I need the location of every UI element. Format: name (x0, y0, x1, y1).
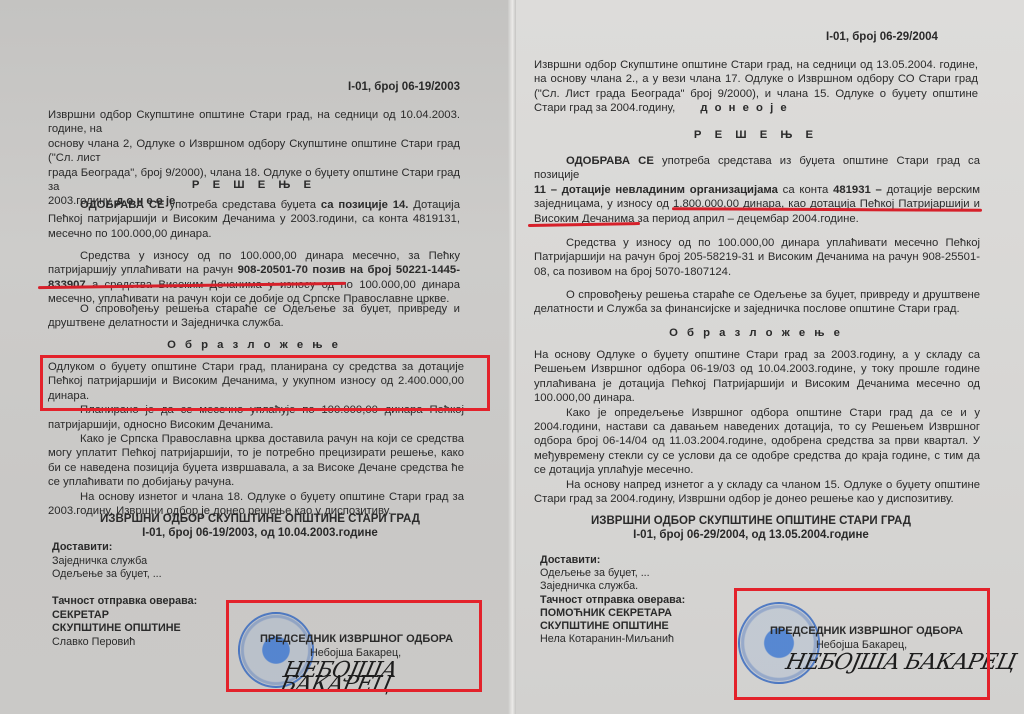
decision-paragraph-3: О спровођењу решења стараће се Одељење з… (48, 302, 460, 331)
intro-line: Извршни одбор Скупштине општине Стари гр… (48, 108, 460, 137)
red-box-annotation (734, 588, 990, 700)
red-box-annotation (226, 600, 482, 692)
decision-paragraph-3: О спровођењу решења стараће се Одељење з… (534, 288, 980, 317)
secretary-name: Нела Котаранин-Миљанић (540, 633, 685, 646)
decision-paragraph-2: Средства у износу од по 100.000,00 динар… (48, 249, 460, 307)
footer-reference: I-01, број 06-29/2004, од 13.05.2004.год… (536, 528, 966, 542)
decision-paragraph-2: Средства у износу од по 100.000,00 динар… (534, 236, 980, 279)
position-number: 11 – дотације невладиним организацијама (534, 184, 778, 196)
delivery-list: Доставити: Заједничка служба Одељење за … (52, 541, 162, 582)
red-box-annotation (40, 355, 490, 411)
reference-number: I-01, број 06-29/2004 (826, 30, 938, 44)
decision-heading: Р Е Ш Е Њ Е (48, 178, 460, 192)
reasoning-heading: О б р а з л о ж е њ е (534, 326, 978, 340)
secretary-name: Славко Перовић (52, 636, 197, 650)
text: употреба средстава буџета (165, 199, 321, 211)
text: Средства у износу од по 100.000,00 динар… (534, 236, 980, 279)
approve-keyword: ОДОБРАВА СЕ (80, 199, 165, 211)
document-page-2003: I-01, број 06-19/2003 Извршни одбор Скуп… (0, 0, 510, 714)
secretary-title: ПОМОЋНИК СЕКРЕТАРА (540, 607, 685, 620)
certification-block: Тачност отправка оверава: СЕКРЕТАР СКУПШ… (52, 595, 197, 649)
intro-paragraph: Извршни одбор Скупштине општине Стари гр… (48, 108, 460, 209)
reasoning-body: На основу Одлуке о буџету општине Стари … (534, 348, 980, 506)
red-underline-annotation (528, 222, 640, 227)
secretary-title: СКУПШТИНЕ ОПШТИНЕ (52, 622, 197, 636)
footer-reference: I-01, број 06-19/2003, од 10.04.2003.год… (60, 526, 460, 540)
footer-title: ИЗВРШНИ ОДБОР СКУПШТИНЕ ОПШТИНЕ СТАРИ ГР… (536, 514, 966, 528)
delivery-label: Доставити: (52, 541, 162, 555)
text: О спровођењу решења стараће се Одељење з… (534, 288, 980, 317)
decision-heading: Р Е Ш Е Њ Е (534, 128, 978, 142)
position-number: са позиције 14. (321, 199, 409, 211)
decision-paragraph-1: ОДОБРАВА СЕ употреба средстава из буџета… (534, 154, 980, 226)
reasoning-paragraph: На основу Одлуке о буџету општине Стари … (534, 348, 980, 406)
intro-paragraph: Извршни одбор Скупштине општине Стари гр… (534, 58, 978, 116)
reference-number: I-01, број 06-19/2003 (348, 80, 460, 94)
text: са конта (778, 184, 833, 196)
intro-line: основу члана 2, Одлуке о Извршном одбору… (48, 137, 460, 166)
certify-label: Тачност отправка оверава: (52, 595, 197, 609)
reasoning-paragraph: На основу напред изнетог а у складу са ч… (534, 478, 980, 507)
intro-doneo: д о н е о ј е (700, 102, 788, 114)
certify-label: Тачност отправка оверава: (540, 594, 685, 607)
footer-title: ИЗВРШНИ ОДБОР СКУПШТИНЕ ОПШТИНЕ СТАРИ ГР… (60, 512, 460, 526)
reasoning-paragraph: Како је опредељење Извршног одбора општи… (534, 406, 980, 478)
account-number: 481931 – (833, 184, 882, 196)
approve-keyword: ОДОБРАВА СЕ (566, 155, 654, 167)
delivery-item: Заједничка служба (52, 555, 162, 569)
document-page-2004: I-01, број 06-29/2004 Извршни одбор Скуп… (516, 0, 1024, 714)
text: О спровођењу решења стараће се Одељење з… (48, 302, 460, 331)
secretary-title: СЕКРЕТАР (52, 609, 197, 623)
secretary-title: СКУПШТИНЕ ОПШТИНЕ (540, 620, 685, 633)
delivery-label: Доставити: (540, 554, 685, 567)
reasoning-paragraph: Како је Српска Православна црква достави… (48, 432, 464, 490)
delivery-item: Одељење за буџет, ... (540, 567, 685, 580)
delivery-list: Доставити: Одељење за буџет, ... Заједни… (540, 554, 685, 646)
delivery-item: Одељење за буџет, ... (52, 568, 162, 582)
decision-paragraph-1: ОДОБРАВА СЕ употреба средстава буџета са… (48, 198, 460, 241)
delivery-item: Заједничка служба. (540, 580, 685, 593)
reasoning-heading: О б р а з л о ж е њ е (48, 338, 460, 352)
